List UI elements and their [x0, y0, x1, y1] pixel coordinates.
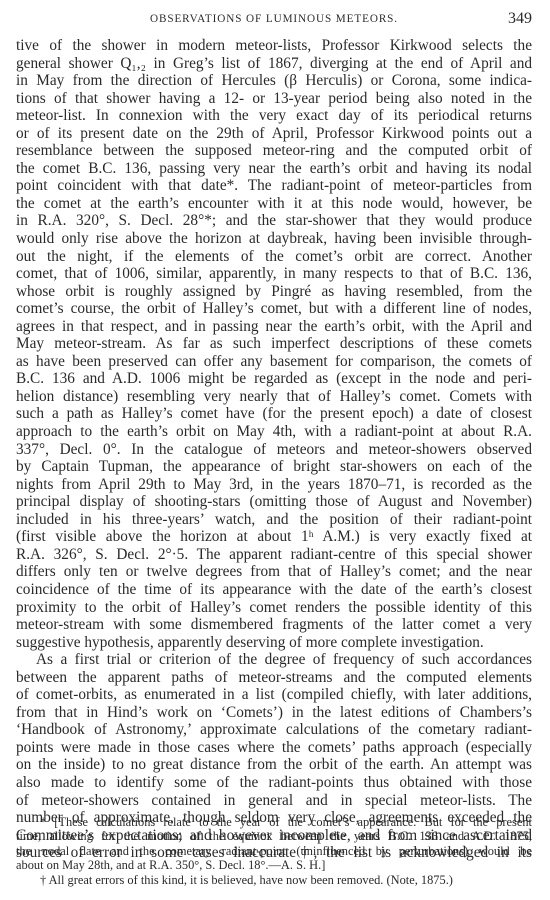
footnote-asterisk: * [These calculations relate to the year…	[26, 815, 532, 829]
text-line: of meteor-showers contained in general a…	[16, 792, 532, 810]
text-line: approach to the earth’s orbit on May 4th…	[16, 423, 532, 441]
text-line: as have been preserved can offer any bas…	[16, 353, 532, 371]
text-line: 337°, Decl. 0°. In the catalogue of mete…	[16, 441, 532, 459]
text-line: between the apparent paths of meteor-str…	[16, 669, 532, 687]
paragraph-start-line: As a first trial or criterion of the deg…	[16, 651, 532, 669]
text-line: principal display of shooting-stars (omi…	[16, 493, 532, 511]
text-line: whose orbit is roughly assigned by Pingr…	[16, 283, 532, 301]
body-text: tive of the shower in modern meteor-list…	[16, 37, 532, 862]
paragraph-end-line: suggestive hypothesis, apparently deserv…	[16, 634, 532, 652]
text-line: by Captain Tupman, the appearance of bri…	[16, 458, 532, 476]
text-line: on the inside) to no great distance from…	[16, 756, 532, 774]
text-line: (first visible above the horizon at abou…	[16, 528, 532, 546]
text-line: in R.A. 320°, S. Decl. 28°*; and the sta…	[16, 212, 532, 230]
text-line: comet, that of 1006, similar, apparently…	[16, 265, 532, 283]
text-line: meteor-stream with some dismembered frag…	[16, 616, 532, 634]
text-line: the comet B.C. 136, passing very near th…	[16, 160, 532, 178]
text-line: helion distance) resembling very nearly …	[16, 388, 532, 406]
text-line: coincidence of the time of its appearanc…	[16, 581, 532, 599]
text-line: in May from the direction of Hercules (β…	[16, 72, 532, 90]
text-line: resemblance between the supposed meteor-…	[16, 142, 532, 160]
running-title: OBSERVATIONS OF LUMINOUS METEORS.	[16, 13, 532, 25]
text-line: or of its present date on the 29th of Ap…	[16, 125, 532, 143]
text-line: out the night, if the elements of the co…	[16, 248, 532, 266]
text-line: meteor-list. In connexion with the very …	[16, 107, 532, 125]
text-line: points were made in those cases where th…	[16, 739, 532, 757]
book-page: OBSERVATIONS OF LUMINOUS METEORS. 349 ti…	[0, 0, 550, 900]
text-line: R.A. 326°, S. Decl. 2°·5. The apparent r…	[16, 546, 532, 564]
text-line: tions of that shower having a 12- or 13-…	[16, 90, 532, 108]
footnote-line: time, allowing for the motion of the equ…	[16, 829, 532, 843]
text-line: differs only ten or twelve degrees from …	[16, 563, 532, 581]
text-line: ‘Handbook of Astronomy,’ approximate cal…	[16, 721, 532, 739]
text-line: included in his three-years’ watch, and …	[16, 511, 532, 529]
footnote-line: the nodal date and the cometary radiant-…	[16, 844, 532, 858]
text-line: nights from April 29th to May 3rd, in th…	[16, 476, 532, 494]
text-line: would only rise above the horizon at day…	[16, 230, 532, 248]
text-line: proximity to the orbit of Halley’s comet…	[16, 599, 532, 617]
text-line: agrees in that respect, and in passing n…	[16, 318, 532, 336]
text-line: general shower Q₁,₂ in Greg’s list of 18…	[16, 55, 532, 73]
page-number: 349	[508, 10, 532, 28]
page-header: OBSERVATIONS OF LUMINOUS METEORS. 349	[16, 10, 532, 30]
text-line: of comet-orbits, as enumerated in a list…	[16, 686, 532, 704]
footnote-line: about on May 28th, and at R.A. 350°, S. …	[16, 858, 532, 872]
text-line: such a path as Halley’s comet have (for …	[16, 405, 532, 423]
text-line: also made to identify some of the radian…	[16, 774, 532, 792]
footnote-dagger: † All great errors of this kind, it is b…	[26, 873, 532, 887]
text-line: from that in Hind’s work on ‘Comets’) in…	[16, 704, 532, 722]
text-line: B.C. 136 and A.D. 1006 might be regarded…	[16, 370, 532, 388]
footnotes: * [These calculations relate to the year…	[26, 815, 532, 887]
text-line: tive of the shower in modern meteor-list…	[16, 37, 532, 55]
text-line: comet’s course, the orbit of Halley’s co…	[16, 300, 532, 318]
text-line: the comet at the earth’s encounter with …	[16, 195, 532, 213]
text-line: point coincident with that date*. The ra…	[16, 177, 532, 195]
text-line: May meteor-stream. As far as such imperf…	[16, 335, 532, 353]
